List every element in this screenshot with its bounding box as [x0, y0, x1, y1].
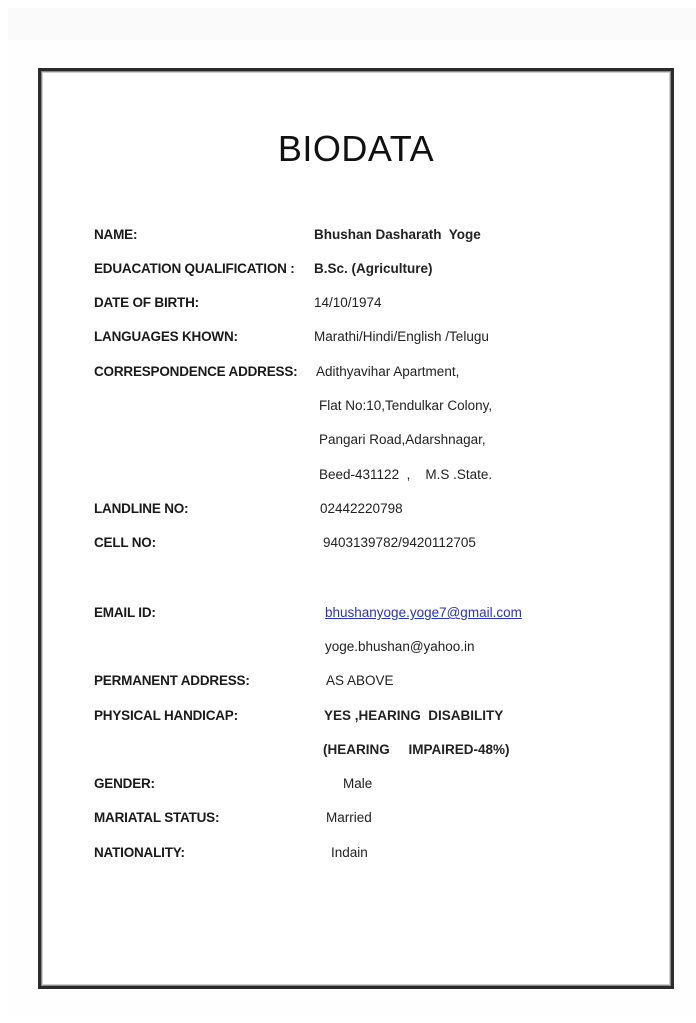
education-value: B.Sc. (Agriculture) — [314, 260, 433, 278]
languages-label: LANGUAGES KHOWN: — [94, 328, 238, 346]
top-strip — [8, 8, 696, 40]
address-line-4: Beed-431122 , M.S .State. — [319, 466, 492, 484]
marital-status-label: MARIATAL STATUS: — [94, 809, 219, 827]
document-title: BIODATA — [0, 128, 696, 170]
physical-handicap-line-2: (HEARING IMPAIRED-48%) — [323, 741, 510, 759]
permanent-address-value: AS ABOVE — [326, 672, 394, 690]
field-correspondence-address-cont: Beed-431122 , M.S .State. — [94, 466, 102, 502]
gender-value: Male — [343, 775, 372, 793]
email-primary-link[interactable]: bhushanyoge.yoge7@gmail.com — [325, 604, 522, 622]
dob-label: DATE OF BIRTH: — [94, 294, 199, 312]
landline-value: 02442220798 — [320, 500, 403, 518]
education-label: EDUACATION QUALIFICATION : — [94, 260, 295, 278]
correspondence-address-label: CORRESPONDENCE ADDRESS: — [94, 363, 297, 381]
physical-handicap-label: PHYSICAL HANDICAP: — [94, 707, 238, 725]
address-line-2: Flat No:10,Tendulkar Colony, — [319, 397, 492, 415]
field-nationality: NATIONALITY: Indain — [94, 844, 102, 898]
nationality-label: NATIONALITY: — [94, 844, 185, 862]
email-secondary: yoge.bhushan@yahoo.in — [325, 638, 475, 656]
gender-label: GENDER: — [94, 775, 155, 793]
field-physical-handicap-cont: (HEARING IMPAIRED-48%) — [94, 741, 102, 777]
name-label: NAME: — [94, 226, 137, 244]
physical-handicap-line-1: YES ,HEARING DISABILITY — [324, 707, 503, 725]
landline-label: LANDLINE NO: — [94, 500, 188, 518]
field-correspondence-address-cont: Pangari Road,Adarshnagar, — [94, 431, 102, 467]
field-correspondence-address-cont: Flat No:10,Tendulkar Colony, — [94, 397, 102, 433]
address-line-1: Adithyavihar Apartment, — [316, 363, 459, 381]
cell-label: CELL NO: — [94, 534, 156, 552]
nationality-value: Indain — [331, 844, 368, 862]
email-label: EMAIL ID: — [94, 604, 156, 622]
languages-value: Marathi/Hindi/English /Telugu — [314, 328, 489, 346]
dob-value: 14/10/1974 — [314, 294, 382, 312]
field-email-cont: yoge.bhushan@yahoo.in — [94, 638, 102, 674]
marital-status-value: Married — [326, 809, 372, 827]
field-cell: CELL NO: 9403139782/9420112705 — [94, 534, 102, 588]
permanent-address-label: PERMANENT ADDRESS: — [94, 672, 250, 690]
cell-value: 9403139782/9420112705 — [323, 534, 476, 552]
address-line-3: Pangari Road,Adarshnagar, — [319, 431, 486, 449]
name-value: Bhushan Dasharath Yoge — [314, 226, 481, 244]
